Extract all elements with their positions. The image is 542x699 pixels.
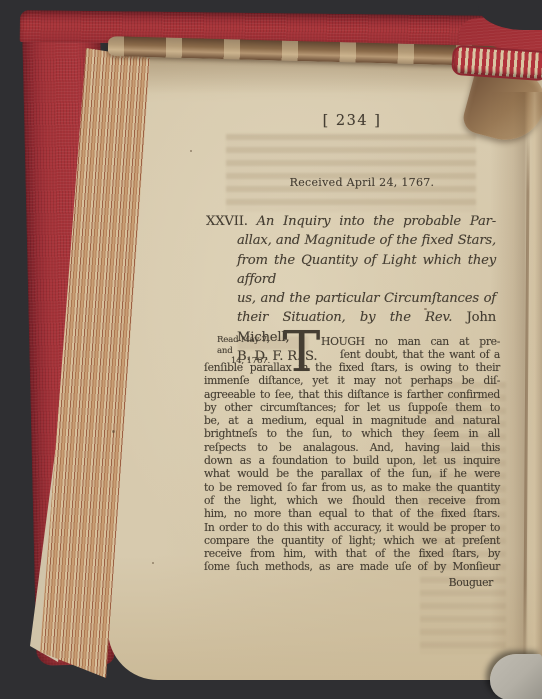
heading-segment: from the Quantity of Light which they af…	[237, 253, 496, 287]
margin-note-line: 14, 1767.	[217, 356, 284, 367]
heading-line: XXVII. An Inquiry into the probable Par-	[206, 212, 496, 231]
body-lines: ſenſible parallax in the fixed ſtars, is…	[204, 361, 500, 574]
body-line: brightneſs to the ſun, to which they ſee…	[204, 427, 500, 440]
heading-segment: allax, and Magnitude of the fixed Stars,	[237, 233, 496, 248]
opening-line: HOUGH no man can at pre-	[321, 335, 500, 348]
heading-segment: us, and the particular Circumſtances of	[237, 291, 496, 306]
drop-cap-initial: T	[283, 329, 320, 377]
heading-line: us, and the particular Circumſtances of	[206, 289, 496, 308]
facing-page-edge	[490, 654, 542, 699]
page-speck	[190, 150, 192, 152]
body-line: to be removed ſo far from us, as to make…	[204, 481, 500, 494]
paragraph-opening: Read May 7, and14, 1767. T HOUGH no man …	[204, 334, 500, 361]
body-line: receive from him, with that of the fixed…	[204, 547, 500, 560]
body-line: immenſe diſtance, yet it may not perhaps…	[204, 374, 500, 387]
heading-segment: their Situation, by the Rev.	[237, 310, 467, 325]
book-photograph: [ 234 ] Received April 24, 1767. XXVII. …	[0, 0, 542, 699]
body-line: him, no more than equal to that of the f…	[204, 507, 500, 520]
body-paragraph: Read May 7, and14, 1767. T HOUGH no man …	[204, 334, 500, 589]
margin-note-line: Read May 7, and	[217, 335, 284, 356]
margin-note: Read May 7, and14, 1767.	[217, 335, 284, 367]
heading-segment: An Inquiry into the probable Par-	[257, 214, 496, 229]
body-line: ſome ſuch methods, as are made uſe of by…	[204, 560, 500, 573]
body-line: by other circumſtances; for let us ſuppo…	[204, 401, 500, 414]
opening-line: ſent doubt, that the want of a	[340, 348, 500, 361]
catchword: Bouguer	[204, 576, 493, 589]
body-line: In order to do this with accuracy, it wo…	[204, 521, 500, 534]
body-line: of the light, which we ſhould then recei…	[204, 494, 500, 507]
heading-line: from the Quantity of Light which they af…	[206, 251, 496, 290]
body-line: agreeable to ſee, that this diſtance is …	[204, 388, 500, 401]
page-number: [ 234 ]	[204, 113, 500, 129]
page-speck	[152, 562, 154, 564]
body-line: compare the quantity of light; which we …	[204, 534, 500, 547]
body-line: reſpects to be analagous. And, having la…	[204, 441, 500, 454]
body-line: be, at a medium, equal in magnitude and …	[204, 414, 500, 427]
body-line: down as a foundation to build upon, let …	[204, 454, 500, 467]
heading-segment: XXVII.	[206, 214, 257, 229]
body-line: what would be the parallax of the ſun, i…	[204, 467, 500, 480]
heading-line: allax, and Magnitude of the fixed Stars,	[206, 231, 496, 250]
page-speck	[112, 430, 115, 433]
received-date: Received April 24, 1767.	[214, 176, 510, 189]
